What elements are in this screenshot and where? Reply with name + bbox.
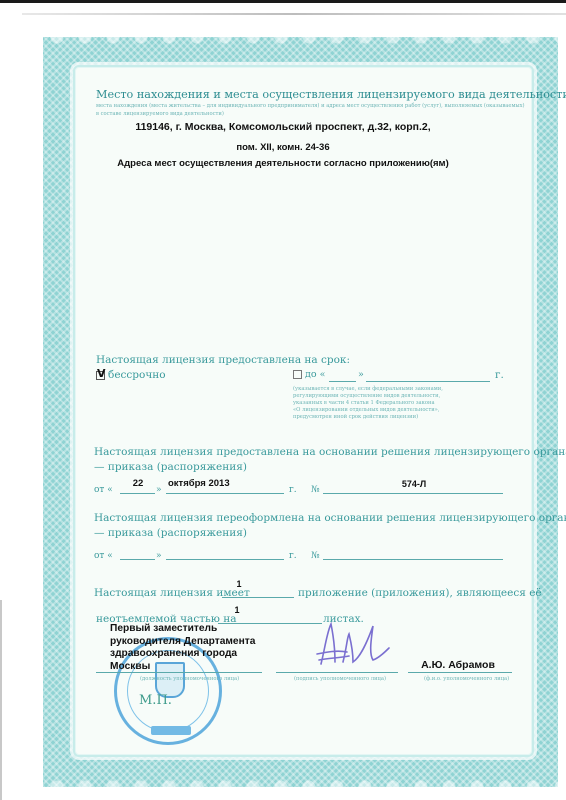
until-date-line [366, 381, 490, 382]
signatory-name: А.Ю. Абрамов [408, 659, 508, 671]
basis-order-number: 574-Л [325, 479, 503, 489]
sheet-count: 1 [225, 605, 249, 615]
address-line-2: пом. XII, комн. 24-36 [0, 142, 566, 153]
signature [313, 618, 391, 672]
reissue-heading-2: — приказа (распоряжения) [94, 527, 247, 539]
location-note: места нахождения (места жительства – для… [96, 102, 526, 110]
location-note-2: в составе лицензируемого вида деятельнос… [96, 110, 224, 118]
scan-paper-edge [22, 13, 566, 15]
checkbox-empty-icon[interactable] [293, 370, 302, 379]
term-indefinite-label: бессрочно [108, 369, 166, 381]
reissue-number-line [323, 559, 503, 560]
location-heading: Место нахождения и места осуществления л… [96, 88, 526, 101]
term-indefinite-option[interactable]: V бессрочно [96, 369, 166, 381]
until-day-line [329, 381, 356, 382]
term-until-option[interactable]: до « [293, 369, 325, 380]
reissue-heading-1: Настоящая лицензия переоформлена на осно… [94, 512, 566, 524]
addresses-appendix-note: Адреса мест осуществления деятельности с… [0, 158, 566, 169]
signatory-position: Первый заместитель руководителя Департам… [110, 623, 255, 673]
basis-heading-2: — приказа (распоряжения) [94, 461, 247, 473]
reissue-date-line [166, 559, 284, 560]
checkbox-checked-icon[interactable]: V [96, 371, 105, 380]
reissue-day-line [120, 559, 155, 560]
scan-top-edge [0, 0, 566, 3]
basis-heading-1: Настоящая лицензия предоставлена на осно… [94, 446, 566, 458]
appendix-count: 1 [224, 579, 254, 589]
address-line-1: 119146, г. Москва, Комсомольский проспек… [0, 121, 566, 133]
basis-month-year: октября 2013 [168, 478, 248, 489]
basis-day: 22 [120, 478, 156, 489]
scan-left-edge [0, 600, 2, 800]
seal-label: М.П. [139, 693, 172, 708]
term-heading: Настоящая лицензия предоставлена на срок… [96, 354, 350, 366]
